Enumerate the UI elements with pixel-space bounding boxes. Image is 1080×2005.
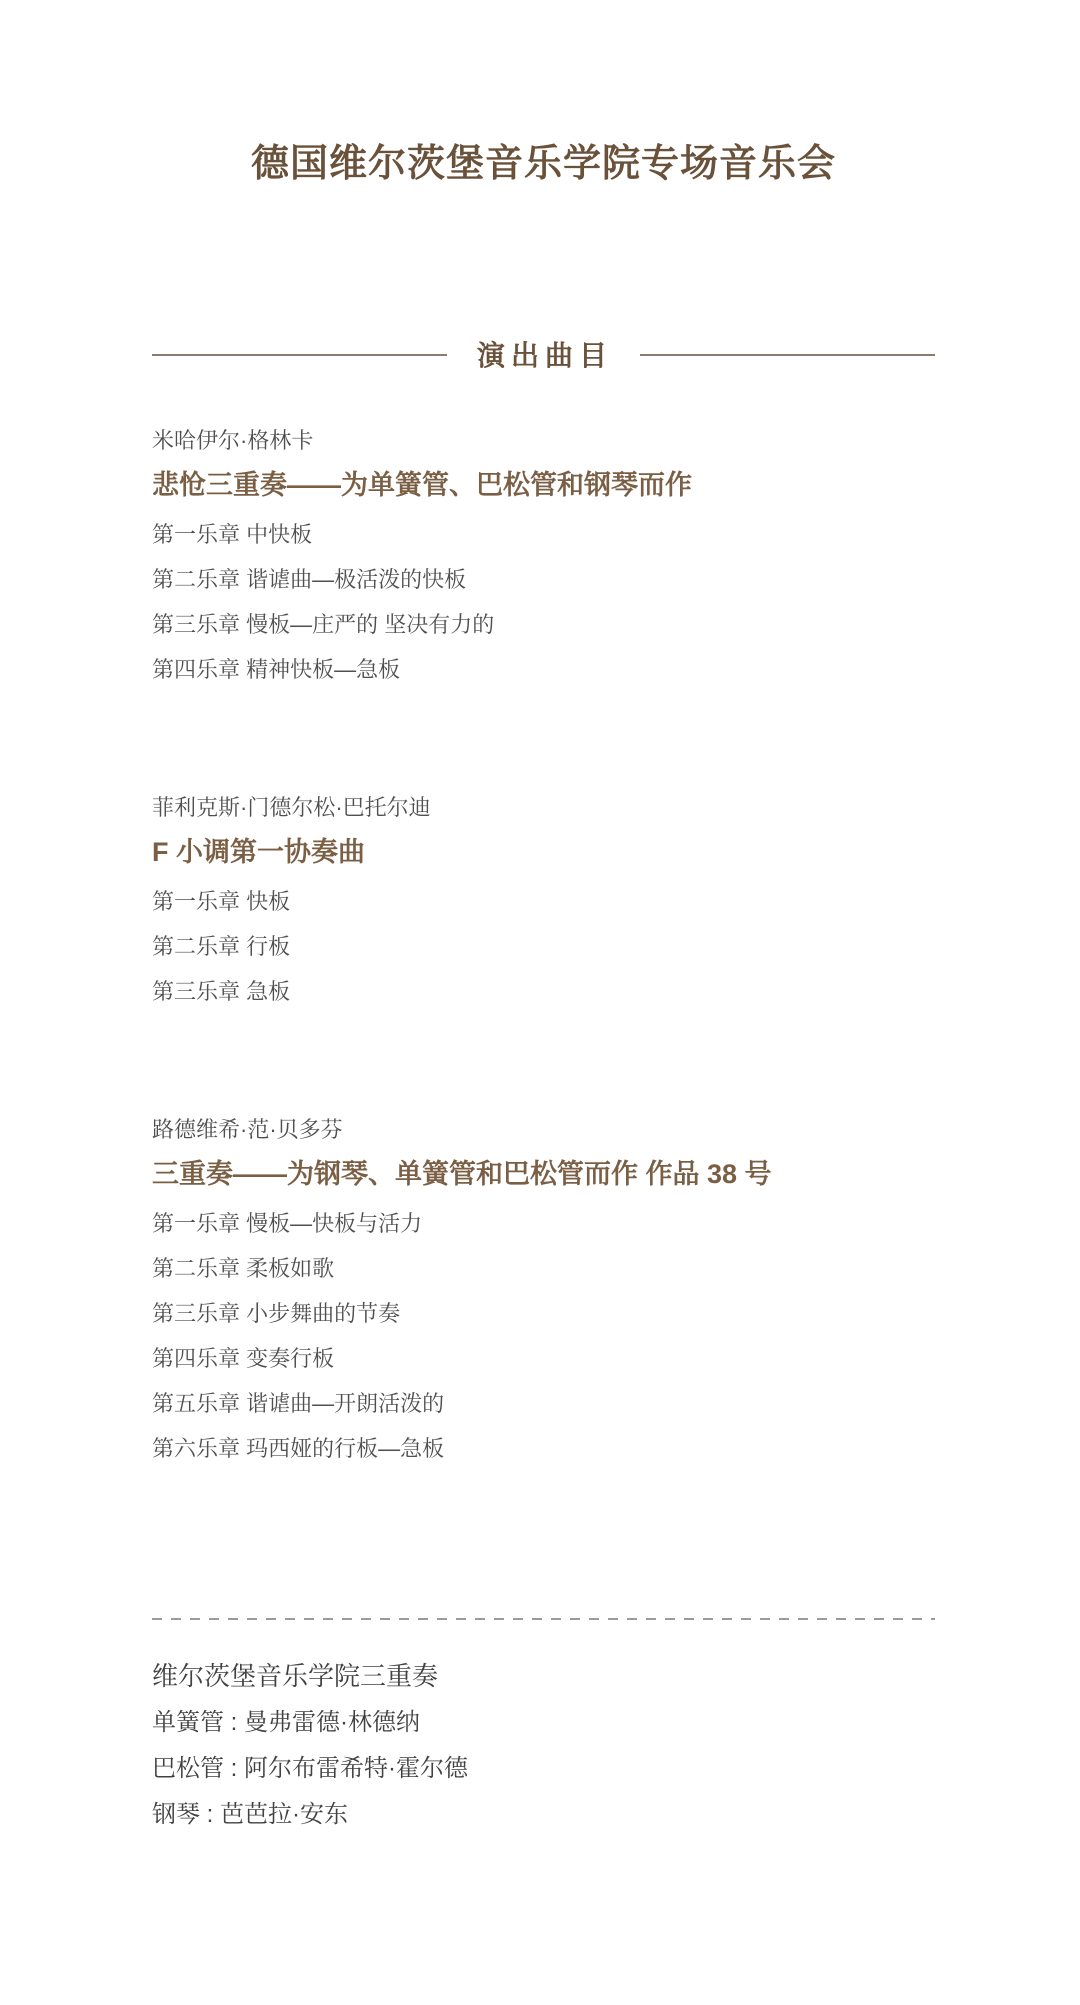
- program-section: 路德维希·范·贝多芬 三重奏——为钢琴、单簧管和巴松管而作 作品 38 号 第一…: [152, 1119, 935, 1460]
- composer-name: 菲利克斯·门德尔松·巴托尔迪: [152, 797, 935, 819]
- program-section: 米哈伊尔·格林卡 悲怆三重奏——为单簧管、巴松管和钢琴而作 第一乐章 中快板第二…: [152, 430, 935, 681]
- page-title: 德国维尔茨堡音乐学院专场音乐会: [152, 143, 935, 187]
- movement-line: 第三乐章 急板: [152, 981, 935, 1003]
- header-rule-left: [152, 354, 447, 356]
- movement-list: 第一乐章 慢板—快板与活力第二乐章 柔板如歌第三乐章 小步舞曲的节奏第四乐章 变…: [152, 1213, 935, 1460]
- concert-program-page: 德国维尔茨堡音乐学院专场音乐会 演出曲目 米哈伊尔·格林卡 悲怆三重奏——为单簧…: [0, 0, 1080, 2005]
- movement-line: 第四乐章 精神快板—急板: [152, 659, 935, 681]
- composer-name: 路德维希·范·贝多芬: [152, 1119, 935, 1141]
- piece-title: 三重奏——为钢琴、单簧管和巴松管而作 作品 38 号: [152, 1161, 935, 1188]
- performer-list: 单簧管 : 曼弗雷德·林德纳巴松管 : 阿尔布雷希特·霍尔德钢琴 : 芭芭拉·安…: [152, 1711, 935, 1827]
- movement-line: 第二乐章 谐谑曲—极活泼的快板: [152, 569, 935, 591]
- performer-line: 钢琴 : 芭芭拉·安东: [152, 1803, 935, 1827]
- composer-name: 米哈伊尔·格林卡: [152, 430, 935, 452]
- header-rule-right: [640, 354, 935, 356]
- piece-title: 悲怆三重奏——为单簧管、巴松管和钢琴而作: [152, 472, 935, 499]
- movement-list: 第一乐章 中快板第二乐章 谐谑曲—极活泼的快板第三乐章 慢板—庄严的 坚决有力的…: [152, 524, 935, 681]
- movement-line: 第一乐章 中快板: [152, 524, 935, 546]
- movement-line: 第三乐章 小步舞曲的节奏: [152, 1303, 935, 1325]
- ensemble-name: 维尔茨堡音乐学院三重奏: [152, 1663, 935, 1689]
- program-list: 米哈伊尔·格林卡 悲怆三重奏——为单簧管、巴松管和钢琴而作 第一乐章 中快板第二…: [152, 430, 935, 1460]
- movement-line: 第二乐章 柔板如歌: [152, 1258, 935, 1280]
- piece-title: F 小调第一协奏曲: [152, 839, 935, 866]
- program-header: 演出曲目: [152, 339, 935, 373]
- movement-line: 第六乐章 玛西娅的行板—急板: [152, 1438, 935, 1460]
- movement-line: 第四乐章 变奏行板: [152, 1348, 935, 1370]
- movement-line: 第一乐章 快板: [152, 891, 935, 913]
- dashed-divider: [152, 1618, 935, 1620]
- movement-list: 第一乐章 快板第二乐章 行板第三乐章 急板: [152, 891, 935, 1003]
- performer-line: 巴松管 : 阿尔布雷希特·霍尔德: [152, 1757, 935, 1781]
- performers-block: 维尔茨堡音乐学院三重奏 单簧管 : 曼弗雷德·林德纳巴松管 : 阿尔布雷希特·霍…: [152, 1663, 935, 1827]
- program-header-label: 演出曲目: [474, 339, 613, 373]
- performer-line: 单簧管 : 曼弗雷德·林德纳: [152, 1711, 935, 1735]
- program-section: 菲利克斯·门德尔松·巴托尔迪 F 小调第一协奏曲 第一乐章 快板第二乐章 行板第…: [152, 797, 935, 1003]
- movement-line: 第二乐章 行板: [152, 936, 935, 958]
- movement-line: 第一乐章 慢板—快板与活力: [152, 1213, 935, 1235]
- movement-line: 第三乐章 慢板—庄严的 坚决有力的: [152, 614, 935, 636]
- movement-line: 第五乐章 谐谑曲—开朗活泼的: [152, 1393, 935, 1415]
